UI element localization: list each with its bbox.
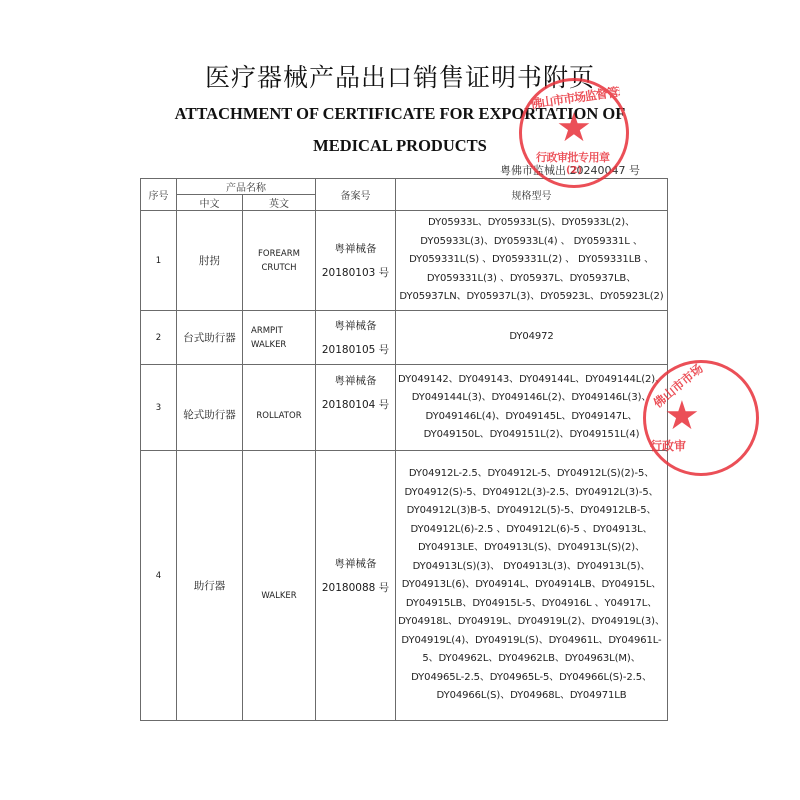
row-name-cn: 轮式助行器 [177, 365, 243, 451]
row-seq: 4 [141, 451, 177, 721]
header-product-name: 产品名称 [177, 179, 316, 195]
product-spec-table: 序号 产品名称 备案号 规格型号 中文 英文 1 肘拐 FOREARM CRUT… [140, 178, 668, 721]
registration-number: 20180104 号 [316, 393, 395, 417]
row-name-en: WALKER [243, 451, 316, 721]
table-row: 3 轮式助行器 ROLLATOR 粤禅械备20180104 号 DY049142… [141, 365, 668, 451]
registration-prefix: 粤禅械备 [316, 552, 395, 576]
row-name-en: FOREARM CRUTCH [243, 211, 316, 311]
row-name-en: ARMPIT WALKER [243, 311, 316, 365]
header-specs: 规格型号 [396, 179, 668, 211]
row-specs: DY04912L-2.5、DY04912L-5、DY04912L(S)(2)-5… [396, 451, 668, 721]
row-specs: DY05933L、DY05933L(S)、DY05933L(2)、DY05933… [396, 211, 668, 311]
row-registration: 粤禅械备20180103 号 [316, 211, 396, 311]
header-english: 英文 [243, 195, 316, 211]
page-title-en-line1: ATTACHMENT OF CERTIFICATE FOR EXPORTATIO… [0, 104, 800, 124]
certificate-number: 粤佛市监械出 20240047 号 [500, 162, 640, 178]
row-name-en: ROLLATOR [243, 365, 316, 451]
row-registration: 粤禅械备20180104 号 [316, 365, 396, 451]
header-chinese: 中文 [177, 195, 243, 211]
row-registration: 粤禅械备20180088 号 [316, 451, 396, 721]
registration-prefix: 粤禅械备 [316, 369, 395, 393]
page-title-cn: 医疗器械产品出口销售证明书附页 [0, 58, 800, 94]
header-seq: 序号 [141, 179, 177, 211]
row-name-cn: 台式助行器 [177, 311, 243, 365]
row-name-cn: 肘拐 [177, 211, 243, 311]
row-name-cn: 助行器 [177, 451, 243, 721]
registration-number: 20180105 号 [316, 338, 395, 362]
row-seq: 2 [141, 311, 177, 365]
table-row: 2 台式助行器 ARMPIT WALKER 粤禅械备20180105 号 DY0… [141, 311, 668, 365]
row-registration: 粤禅械备20180105 号 [316, 311, 396, 365]
row-seq: 3 [141, 365, 177, 451]
row-specs: DY049142、DY049143、DY049144L、DY049144L(2)… [396, 365, 668, 451]
star-icon: ★ [664, 393, 700, 439]
page-title-en-line2: MEDICAL PRODUCTS [0, 136, 800, 156]
registration-number: 20180103 号 [316, 261, 395, 285]
table-header-row: 序号 产品名称 备案号 规格型号 [141, 179, 668, 195]
table-row: 4 助行器 WALKER 粤禅械备20180088 号 DY04912L-2.5… [141, 451, 668, 721]
registration-prefix: 粤禅械备 [316, 314, 395, 338]
registration-prefix: 粤禅械备 [316, 237, 395, 261]
header-registration: 备案号 [316, 179, 396, 211]
row-seq: 1 [141, 211, 177, 311]
table-row: 1 肘拐 FOREARM CRUTCH 粤禅械备20180103 号 DY059… [141, 211, 668, 311]
row-specs: DY04972 [396, 311, 668, 365]
registration-number: 20180088 号 [316, 576, 395, 600]
